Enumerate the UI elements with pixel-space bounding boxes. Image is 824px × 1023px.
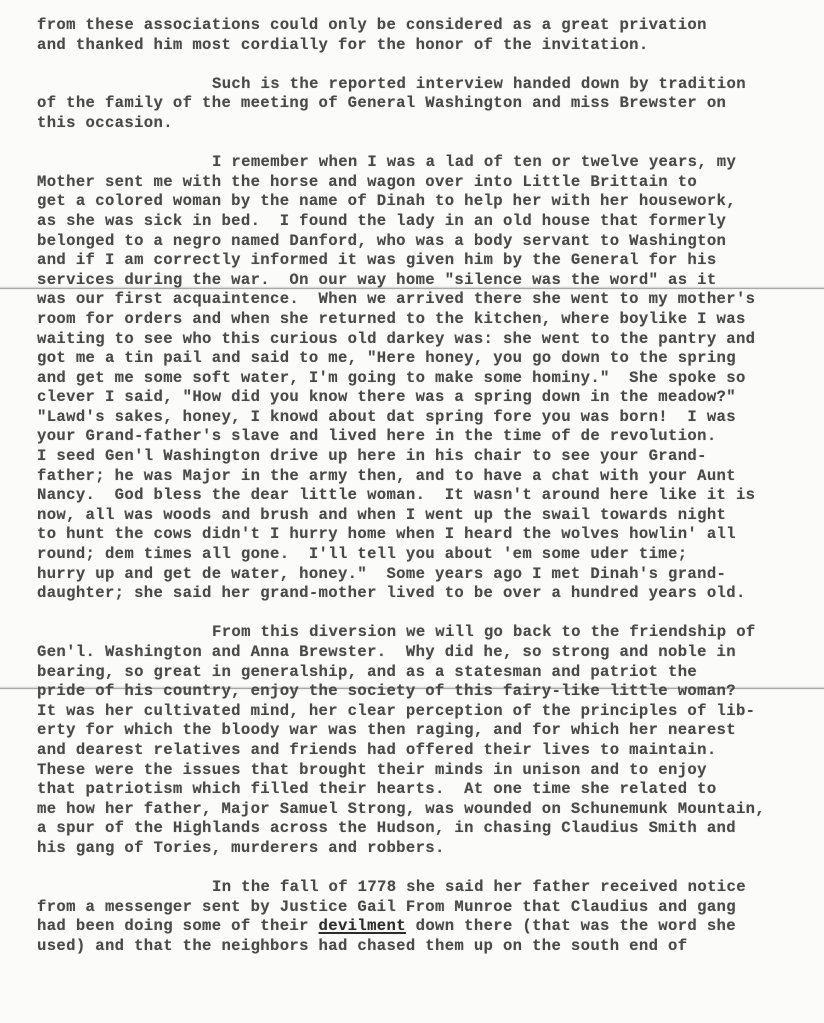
text-line: room for orders and when she returned to… bbox=[37, 310, 817, 330]
text-line: It was her cultivated mind, her clear pe… bbox=[37, 702, 817, 722]
text-line: and thanked him most cordially for the h… bbox=[37, 36, 817, 56]
text-line: now, all was woods and brush and when I … bbox=[37, 506, 817, 526]
text-line: erty for which the bloody war was then r… bbox=[37, 721, 817, 741]
text-line: round; dem times all gone. I'll tell you… bbox=[37, 545, 817, 565]
paragraph-3: I remember when I was a lad of ten or tw… bbox=[37, 153, 817, 604]
text-line: that patriotism which filled their heart… bbox=[37, 780, 817, 800]
text-line: me how her father, Major Samuel Strong, … bbox=[37, 800, 817, 820]
text-line: daughter; she said her grand-mother live… bbox=[37, 584, 817, 604]
text-fragment: down there (that was the word she bbox=[406, 917, 736, 935]
text-line: as she was sick in bed. I found the lady… bbox=[37, 212, 817, 232]
text-line: From this diversion we will go back to t… bbox=[37, 623, 817, 643]
text-line: and dearest relatives and friends had of… bbox=[37, 741, 817, 761]
text-line: In the fall of 1778 she said her father … bbox=[37, 878, 817, 898]
paragraph-2: Such is the reported interview handed do… bbox=[37, 75, 817, 134]
text-line: Nancy. God bless the dear little woman. … bbox=[37, 486, 817, 506]
text-line: pride of his country, enjoy the society … bbox=[37, 682, 817, 702]
document-body: from these associations could only be co… bbox=[37, 16, 817, 957]
text-line: used) and that the neighbors had chased … bbox=[37, 937, 817, 957]
text-line: clever I said, "How did you know there w… bbox=[37, 388, 817, 408]
text-line: a spur of the Highlands across the Hudso… bbox=[37, 819, 817, 839]
text-line: from these associations could only be co… bbox=[37, 16, 817, 36]
text-line: father; he was Major in the army then, a… bbox=[37, 467, 817, 487]
text-line: "Lawd's sakes, honey, I knowd about dat … bbox=[37, 408, 817, 428]
text-line: his gang of Tories, murderers and robber… bbox=[37, 839, 817, 859]
text-line: was our first acquaintence. When we arri… bbox=[37, 290, 817, 310]
paragraph-4: From this diversion we will go back to t… bbox=[37, 623, 817, 858]
text-line: These were the issues that brought their… bbox=[37, 761, 817, 781]
text-line: Gen'l. Washington and Anna Brewster. Why… bbox=[37, 643, 817, 663]
text-line-with-underline: had been doing some of their devilment d… bbox=[37, 917, 817, 937]
paragraph-5: In the fall of 1778 she said her father … bbox=[37, 878, 817, 956]
underlined-word: devilment bbox=[319, 917, 406, 935]
typewritten-page: from these associations could only be co… bbox=[0, 0, 824, 1023]
text-line: belonged to a negro named Danford, who w… bbox=[37, 232, 817, 252]
text-line: of the family of the meeting of General … bbox=[37, 94, 817, 114]
text-line: I remember when I was a lad of ten or tw… bbox=[37, 153, 817, 173]
text-line: from a messenger sent by Justice Gail Fr… bbox=[37, 898, 817, 918]
text-line: bearing, so great in generalship, and as… bbox=[37, 663, 817, 683]
paragraph-1: from these associations could only be co… bbox=[37, 16, 817, 55]
text-line: to hunt the cows didn't I hurry home whe… bbox=[37, 525, 817, 545]
text-line: Such is the reported interview handed do… bbox=[37, 75, 817, 95]
text-line: get a colored woman by the name of Dinah… bbox=[37, 192, 817, 212]
text-fragment: had been doing some of their bbox=[37, 917, 319, 935]
text-line: and if I am correctly informed it was gi… bbox=[37, 251, 817, 271]
text-line: got me a tin pail and said to me, "Here … bbox=[37, 349, 817, 369]
text-line: waiting to see who this curious old dark… bbox=[37, 330, 817, 350]
text-line: and get me some soft water, I'm going to… bbox=[37, 369, 817, 389]
text-line: Mother sent me with the horse and wagon … bbox=[37, 173, 817, 193]
text-line: this occasion. bbox=[37, 114, 817, 134]
text-line: your Grand-father's slave and lived here… bbox=[37, 427, 817, 447]
text-line: hurry up and get de water, honey." Some … bbox=[37, 565, 817, 585]
text-line: I seed Gen'l Washington drive up here in… bbox=[37, 447, 817, 467]
text-line: services during the war. On our way home… bbox=[37, 271, 817, 291]
